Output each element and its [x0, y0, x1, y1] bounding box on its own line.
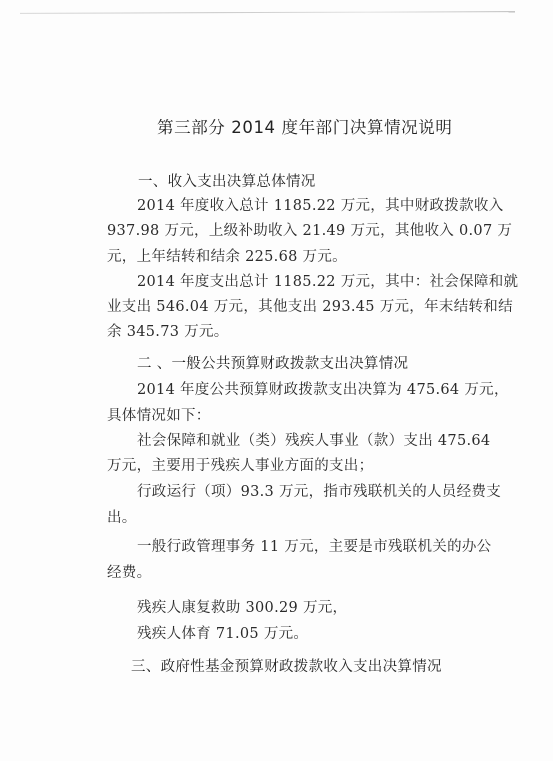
- paragraph-line: 残疾人体育 71.05 万元。: [137, 625, 308, 643]
- paragraph-line: 2014 年度公共预算财政拨款支出决算为 475.64 万元，: [137, 381, 509, 399]
- paragraph-line: 社会保障和就业（类）残疾人事业（款）支出 475.64: [137, 432, 490, 450]
- page-title: 第三部分 2014 度年部门决算情况说明: [157, 119, 452, 137]
- paragraph-line: 残疾人康复救助 300.29 万元，: [137, 599, 347, 617]
- paragraph-line: 业支出 546.04 万元，其他支出 293.45 万元，年末结转和结: [107, 298, 513, 316]
- scan-edge-line: [20, 11, 515, 14]
- paragraph-line: 元，上年结转和结余 225.68 万元。: [107, 248, 347, 266]
- paragraph-line: 出。: [107, 509, 137, 527]
- section-heading-3: 三、政府性基金预算财政拨款收入支出决算情况: [131, 658, 442, 676]
- paragraph-line: 余 345.73 万元。: [107, 323, 229, 341]
- section-heading-2: 二 、一般公共预算财政拨款支出决算情况: [137, 355, 408, 373]
- paragraph-line: 万元，主要用于残疾人事业方面的支出；: [107, 457, 373, 475]
- paragraph-line: 一般行政管理事务 11 万元，主要是市残联机关的办公: [137, 538, 491, 556]
- paragraph-line: 937.98 万元，上级补助收入 21.49 万元，其他收入 0.07 万: [107, 222, 512, 240]
- paragraph-line: 具体情况如下：: [107, 407, 211, 425]
- section-heading-1: 一、收入支出决算总体情况: [138, 173, 316, 191]
- paragraph-line: 经费。: [107, 564, 151, 582]
- paragraph-line: 行政运行（项）93.3 万元，指市残联机关的人员经费支: [137, 483, 501, 501]
- paragraph-line: 2014 年度支出总计 1185.22 万元，其中：社会保障和就: [137, 273, 518, 291]
- paragraph-line: 2014 年度收入总计 1185.22 万元，其中财政拨款收入: [137, 197, 504, 215]
